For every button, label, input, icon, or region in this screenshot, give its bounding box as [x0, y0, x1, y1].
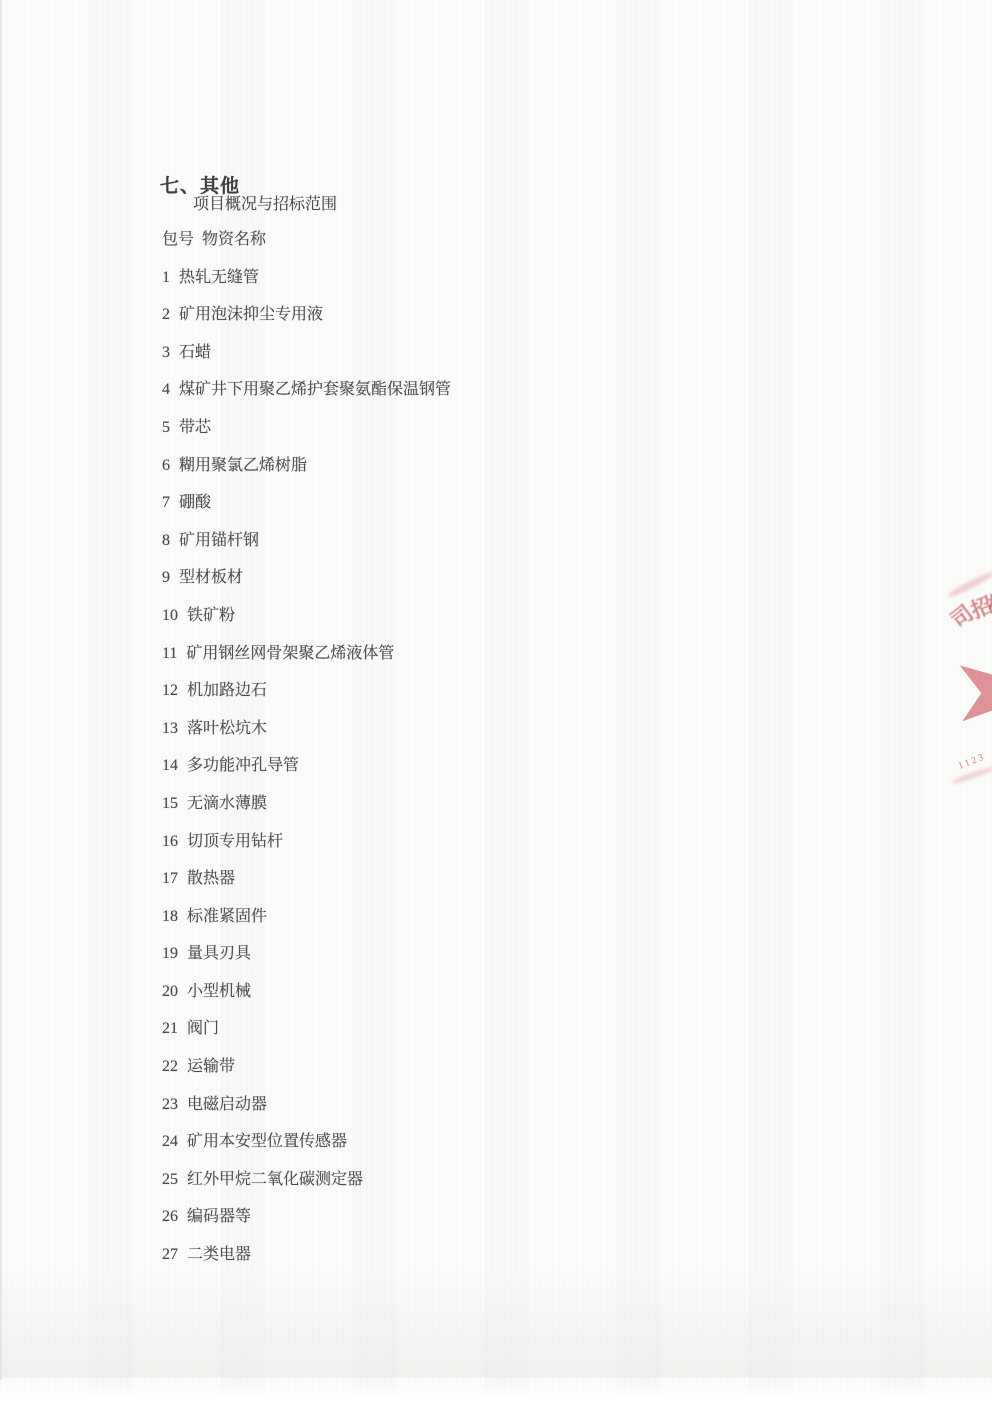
list-item: 19量具刃具	[162, 945, 842, 983]
list-item: 25红外甲烷二氧化碳测定器	[162, 1171, 842, 1209]
scan-bottom-fade	[0, 1385, 992, 1403]
item-name: 红外甲烷二氧化碳测定器	[187, 1171, 363, 1189]
item-number: 24	[162, 1133, 178, 1151]
item-name: 煤矿井下用聚乙烯护套聚氨酯保温钢管	[179, 381, 451, 399]
item-name: 编码器等	[187, 1208, 251, 1226]
item-name: 糊用聚氯乙烯树脂	[179, 457, 307, 475]
scan-bottom-shading	[0, 1268, 992, 1378]
column-material-name: 物资名称	[202, 231, 266, 249]
item-name: 无滴水薄膜	[187, 795, 267, 813]
item-number: 2	[162, 306, 170, 324]
item-name: 矿用钢丝网骨架聚乙烯液体管	[186, 645, 394, 663]
list-item: 3石蜡	[162, 344, 842, 382]
list-item: 27二类电器	[162, 1246, 842, 1284]
list-item: 21阀门	[162, 1020, 842, 1058]
item-number: 17	[162, 870, 178, 888]
item-name: 电磁启动器	[187, 1096, 267, 1114]
item-name: 阀门	[187, 1020, 219, 1038]
list-item: 11矿用钢丝网骨架聚乙烯液体管	[162, 645, 842, 683]
list-item: 17散热器	[162, 870, 842, 908]
list-item: 13落叶松坑木	[162, 720, 842, 758]
item-number: 3	[162, 344, 170, 362]
item-number: 9	[162, 569, 170, 587]
item-number: 21	[162, 1020, 178, 1038]
item-name: 量具刃具	[187, 945, 251, 963]
list-item: 4煤矿井下用聚乙烯护套聚氨酯保温钢管	[162, 381, 842, 419]
item-name: 切顶专用钻杆	[187, 833, 283, 851]
item-name: 多功能冲孔导管	[187, 757, 299, 775]
item-number: 7	[162, 494, 170, 512]
item-number: 11	[162, 645, 177, 663]
item-name: 矿用锚杆钢	[179, 532, 259, 550]
item-number: 19	[162, 945, 178, 963]
item-name: 型材板材	[179, 569, 243, 587]
list-item: 18标准紧固件	[162, 908, 842, 946]
items-list: 包号 物资名称 1热轧无缝管2矿用泡沫抑尘专用液3石蜡4煤矿井下用聚乙烯护套聚氨…	[162, 231, 842, 1284]
item-number: 22	[162, 1058, 178, 1076]
item-number: 26	[162, 1208, 178, 1226]
item-number: 15	[162, 795, 178, 813]
item-name: 机加路边石	[187, 682, 267, 700]
list-item: 24矿用本安型位置传感器	[162, 1133, 842, 1171]
list-item: 10铁矿粉	[162, 607, 842, 645]
item-number: 10	[162, 607, 178, 625]
list-item: 1热轧无缝管	[162, 269, 842, 307]
list-item: 20小型机械	[162, 983, 842, 1021]
item-number: 1	[162, 269, 170, 287]
item-name: 带芯	[179, 419, 211, 437]
item-number: 14	[162, 757, 178, 775]
item-number: 23	[162, 1096, 178, 1114]
item-number: 12	[162, 682, 178, 700]
item-name: 标准紧固件	[187, 908, 267, 926]
item-name: 矿用本安型位置传感器	[187, 1133, 347, 1151]
list-item: 26编码器等	[162, 1208, 842, 1246]
item-number: 18	[162, 908, 178, 926]
list-item: 15无滴水薄膜	[162, 795, 842, 833]
item-name: 矿用泡沫抑尘专用液	[179, 306, 323, 324]
item-name: 运输带	[187, 1058, 235, 1076]
column-package-number: 包号	[162, 231, 194, 249]
list-item: 6糊用聚氯乙烯树脂	[162, 457, 842, 495]
list-item: 8矿用锚杆钢	[162, 532, 842, 570]
list-item: 12机加路边石	[162, 682, 842, 720]
item-number: 4	[162, 381, 170, 399]
item-name: 小型机械	[187, 983, 251, 1001]
item-number: 20	[162, 983, 178, 1001]
list-item: 9型材板材	[162, 569, 842, 607]
item-name: 硼酸	[179, 494, 211, 512]
list-header-row: 包号 物资名称	[162, 231, 842, 269]
list-item: 5带芯	[162, 419, 842, 457]
scan-edge-shadow	[0, 0, 2, 1380]
list-item: 22运输带	[162, 1058, 842, 1096]
item-name: 落叶松坑木	[187, 720, 267, 738]
item-number: 6	[162, 457, 170, 475]
item-number: 13	[162, 720, 178, 738]
item-name: 铁矿粉	[187, 607, 235, 625]
item-name: 热轧无缝管	[179, 269, 259, 287]
list-item: 23电磁启动器	[162, 1096, 842, 1134]
section-subtitle: 项目概况与招标范围	[193, 195, 337, 214]
item-name: 石蜡	[179, 344, 211, 362]
item-number: 5	[162, 419, 170, 437]
item-number: 8	[162, 532, 170, 550]
item-name: 二类电器	[187, 1246, 251, 1264]
item-number: 27	[162, 1246, 178, 1264]
list-item: 7硼酸	[162, 494, 842, 532]
list-item: 14多功能冲孔导管	[162, 757, 842, 795]
item-number: 16	[162, 833, 178, 851]
item-number: 25	[162, 1171, 178, 1189]
list-item: 2矿用泡沫抑尘专用液	[162, 306, 842, 344]
list-item: 16切顶专用钻杆	[162, 833, 842, 871]
item-name: 散热器	[187, 870, 235, 888]
